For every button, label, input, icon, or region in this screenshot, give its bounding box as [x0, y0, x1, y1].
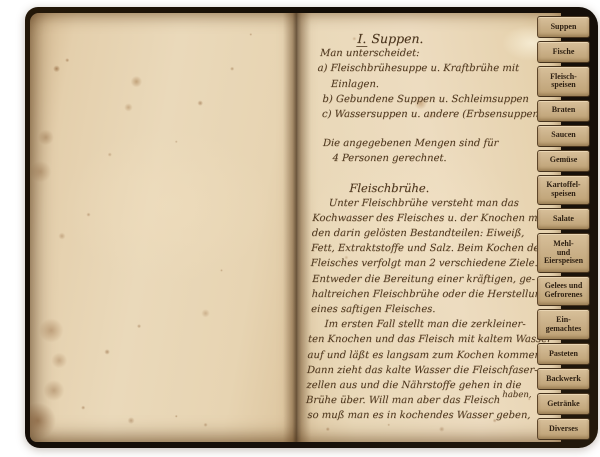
tab-fleischspeisen: Fleisch- speisen [537, 66, 590, 97]
tab-getraenke: Getränke [537, 393, 590, 415]
manuscript-line: eines saftigen Fleisches. [311, 302, 538, 317]
inserted-word: haben, [502, 390, 532, 400]
manuscript-line: Im ersten Fall stellt man die zerkleiner… [324, 317, 537, 332]
tab-saucen: Saucen [537, 125, 590, 147]
manuscript-line: haltreichen Fleischbrühe oder die Herste… [311, 287, 538, 302]
tab-pasteten: Pasteten [537, 343, 590, 365]
book-cover: I. Suppen. Man unterscheidet: a) Fleisch… [25, 7, 598, 448]
manuscript-line: so muß man es in kochendes Wasser geben, [307, 408, 534, 423]
manuscript-line: ten Knochen und das Fleisch mit kaltem W… [308, 332, 537, 347]
manuscript-line: b) Gebundene Suppen u. Schleimsuppen [322, 92, 545, 107]
tab-backwerk: Backwerk [537, 368, 590, 390]
manuscript-line: Entweder die Bereitung einer kräftigen, … [312, 272, 539, 287]
manuscript-line: Fett, Extraktstoffe und Salz. Beim Koche… [311, 241, 540, 256]
tab-salate: Salate [537, 208, 590, 230]
manuscript-line-with-insertion: Brühe über. Will man aber das Fleischhab… [306, 393, 535, 408]
tab-fische: Fische [537, 41, 590, 63]
left-page-stains [30, 13, 296, 442]
section-title: I. Suppen. [356, 31, 547, 46]
left-page-blank [30, 13, 296, 442]
manuscript-line: Die angegebenen Mengen sind für [323, 136, 544, 151]
manuscript-line: c) Wassersuppen u. andere (Erbsensuppen) [322, 107, 545, 122]
handwritten-manuscript: I. Suppen. Man unterscheidet: a) Fleisch… [305, 31, 547, 424]
tab-mehl-eierspeisen: Mehl- und Eierspeisen [537, 233, 590, 272]
manuscript-line: Unter Fleischbrühe versteht man das [329, 196, 542, 211]
photo-canvas: I. Suppen. Man unterscheidet: a) Fleisch… [0, 0, 600, 457]
tab-gelees-gefrorenes: Gelees und Gefrorenes [537, 276, 590, 307]
manuscript-line: den darin gelösten Bestandteilen: Eiweiß… [312, 226, 541, 241]
section-name: Suppen. [367, 31, 424, 46]
manuscript-line: Kochwasser des Fleisches u. der Knochen … [312, 211, 541, 226]
manuscript-line: Dann zieht das kalte Wasser die Fleischf… [307, 363, 536, 378]
manuscript-line: Einlagen. [331, 77, 546, 92]
tab-gemuese: Gemüse [537, 150, 590, 172]
index-tab-column: Suppen Fische Fleisch- speisen Braten Sa… [537, 16, 590, 440]
right-page-manuscript: I. Suppen. Man unterscheidet: a) Fleisch… [296, 13, 561, 442]
tab-suppen: Suppen [537, 16, 590, 38]
manuscript-line: 4 Personen gerechnet. [332, 151, 543, 166]
tab-diverses: Diverses [537, 418, 590, 440]
recipe-heading: Fleischbrühe. [349, 181, 542, 196]
manuscript-line: Brühe über. Will man aber das Fleisch [306, 395, 501, 406]
tab-braten: Braten [537, 100, 590, 122]
tab-eingemachtes: Ein- gemachtes [537, 309, 590, 340]
section-numeral: I. [356, 31, 367, 47]
manuscript-line: a) Fleischbrühesuppe u. Kraftbrühe mit [317, 61, 546, 76]
manuscript-line: Fleisches verfolgt man 2 verschiedene Zi… [310, 256, 539, 271]
manuscript-line: Man unterscheidet: [320, 46, 547, 61]
tab-kartoffelspeisen: Kartoffel- speisen [537, 175, 590, 206]
manuscript-line: zellen aus und die Nährstoffe gehen in d… [306, 378, 535, 393]
manuscript-line: auf und läßt es langsam zum Kochen komme… [307, 348, 536, 363]
